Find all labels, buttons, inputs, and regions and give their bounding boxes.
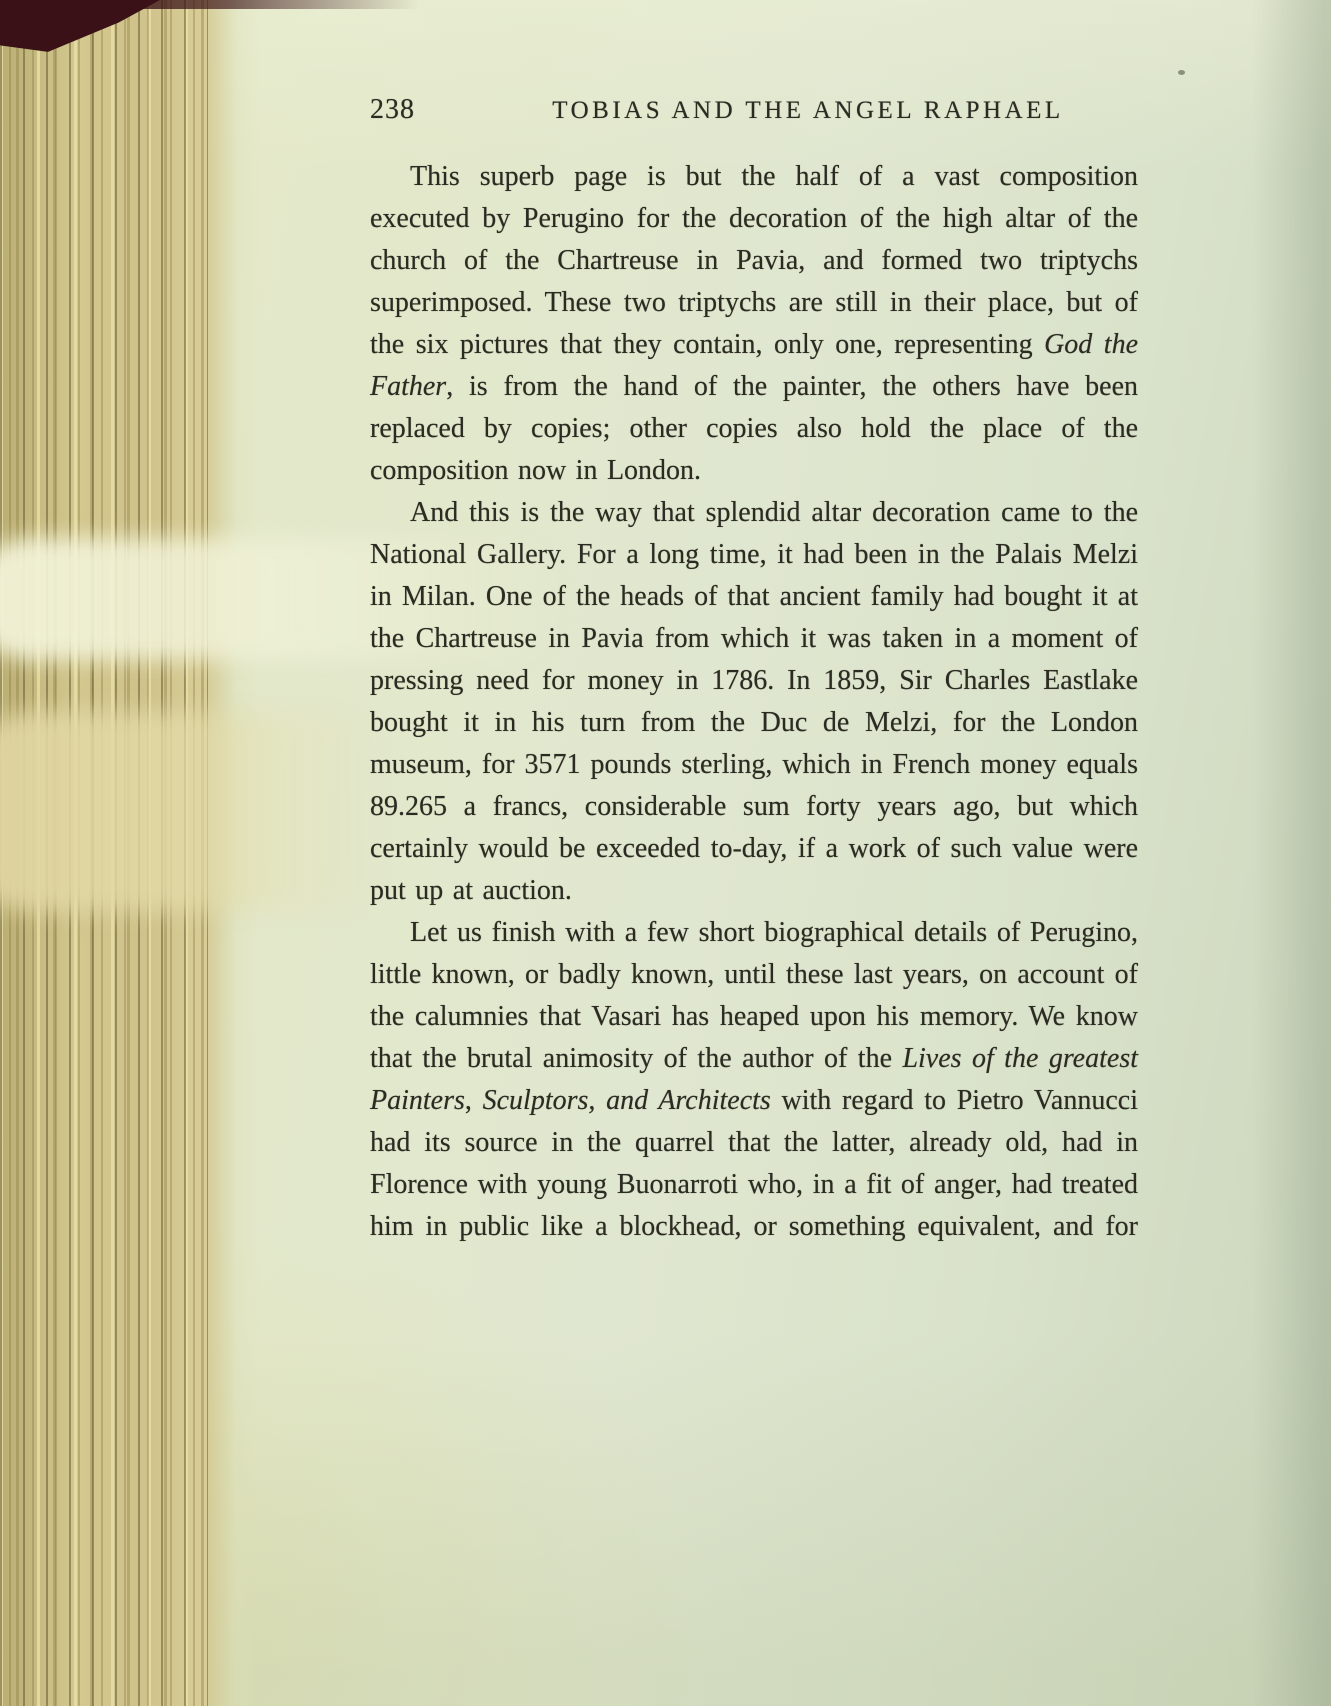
page-number: 238 bbox=[370, 94, 508, 126]
scan-speck bbox=[1178, 70, 1185, 75]
text-run: , bbox=[465, 1085, 483, 1116]
paragraph: Let us finish with a few short biographi… bbox=[370, 912, 1138, 1248]
italic-run: Sculptors, and Architects bbox=[483, 1085, 771, 1116]
scan-smear-lower bbox=[0, 712, 390, 912]
paragraph: And this is the way that splendid altar … bbox=[370, 492, 1138, 912]
book-scan: 238 TOBIAS AND THE ANGEL RAPHAEL This su… bbox=[0, 0, 1331, 1706]
text-run: And this is the way that splendid altar … bbox=[370, 497, 1138, 906]
text-block: This superb page is but the half of a va… bbox=[370, 156, 1138, 1248]
text-run: This superb page is but the half of a va… bbox=[370, 161, 1138, 360]
book-cover-top-edge bbox=[0, 0, 420, 9]
text-run: , is from the hand of the painter, the o… bbox=[370, 371, 1138, 486]
page-header: 238 TOBIAS AND THE ANGEL RAPHAEL bbox=[370, 94, 1138, 126]
running-title: TOBIAS AND THE ANGEL RAPHAEL bbox=[508, 97, 1138, 125]
paragraph: This superb page is but the half of a va… bbox=[370, 156, 1138, 492]
printed-page-content: 238 TOBIAS AND THE ANGEL RAPHAEL This su… bbox=[370, 94, 1138, 1248]
